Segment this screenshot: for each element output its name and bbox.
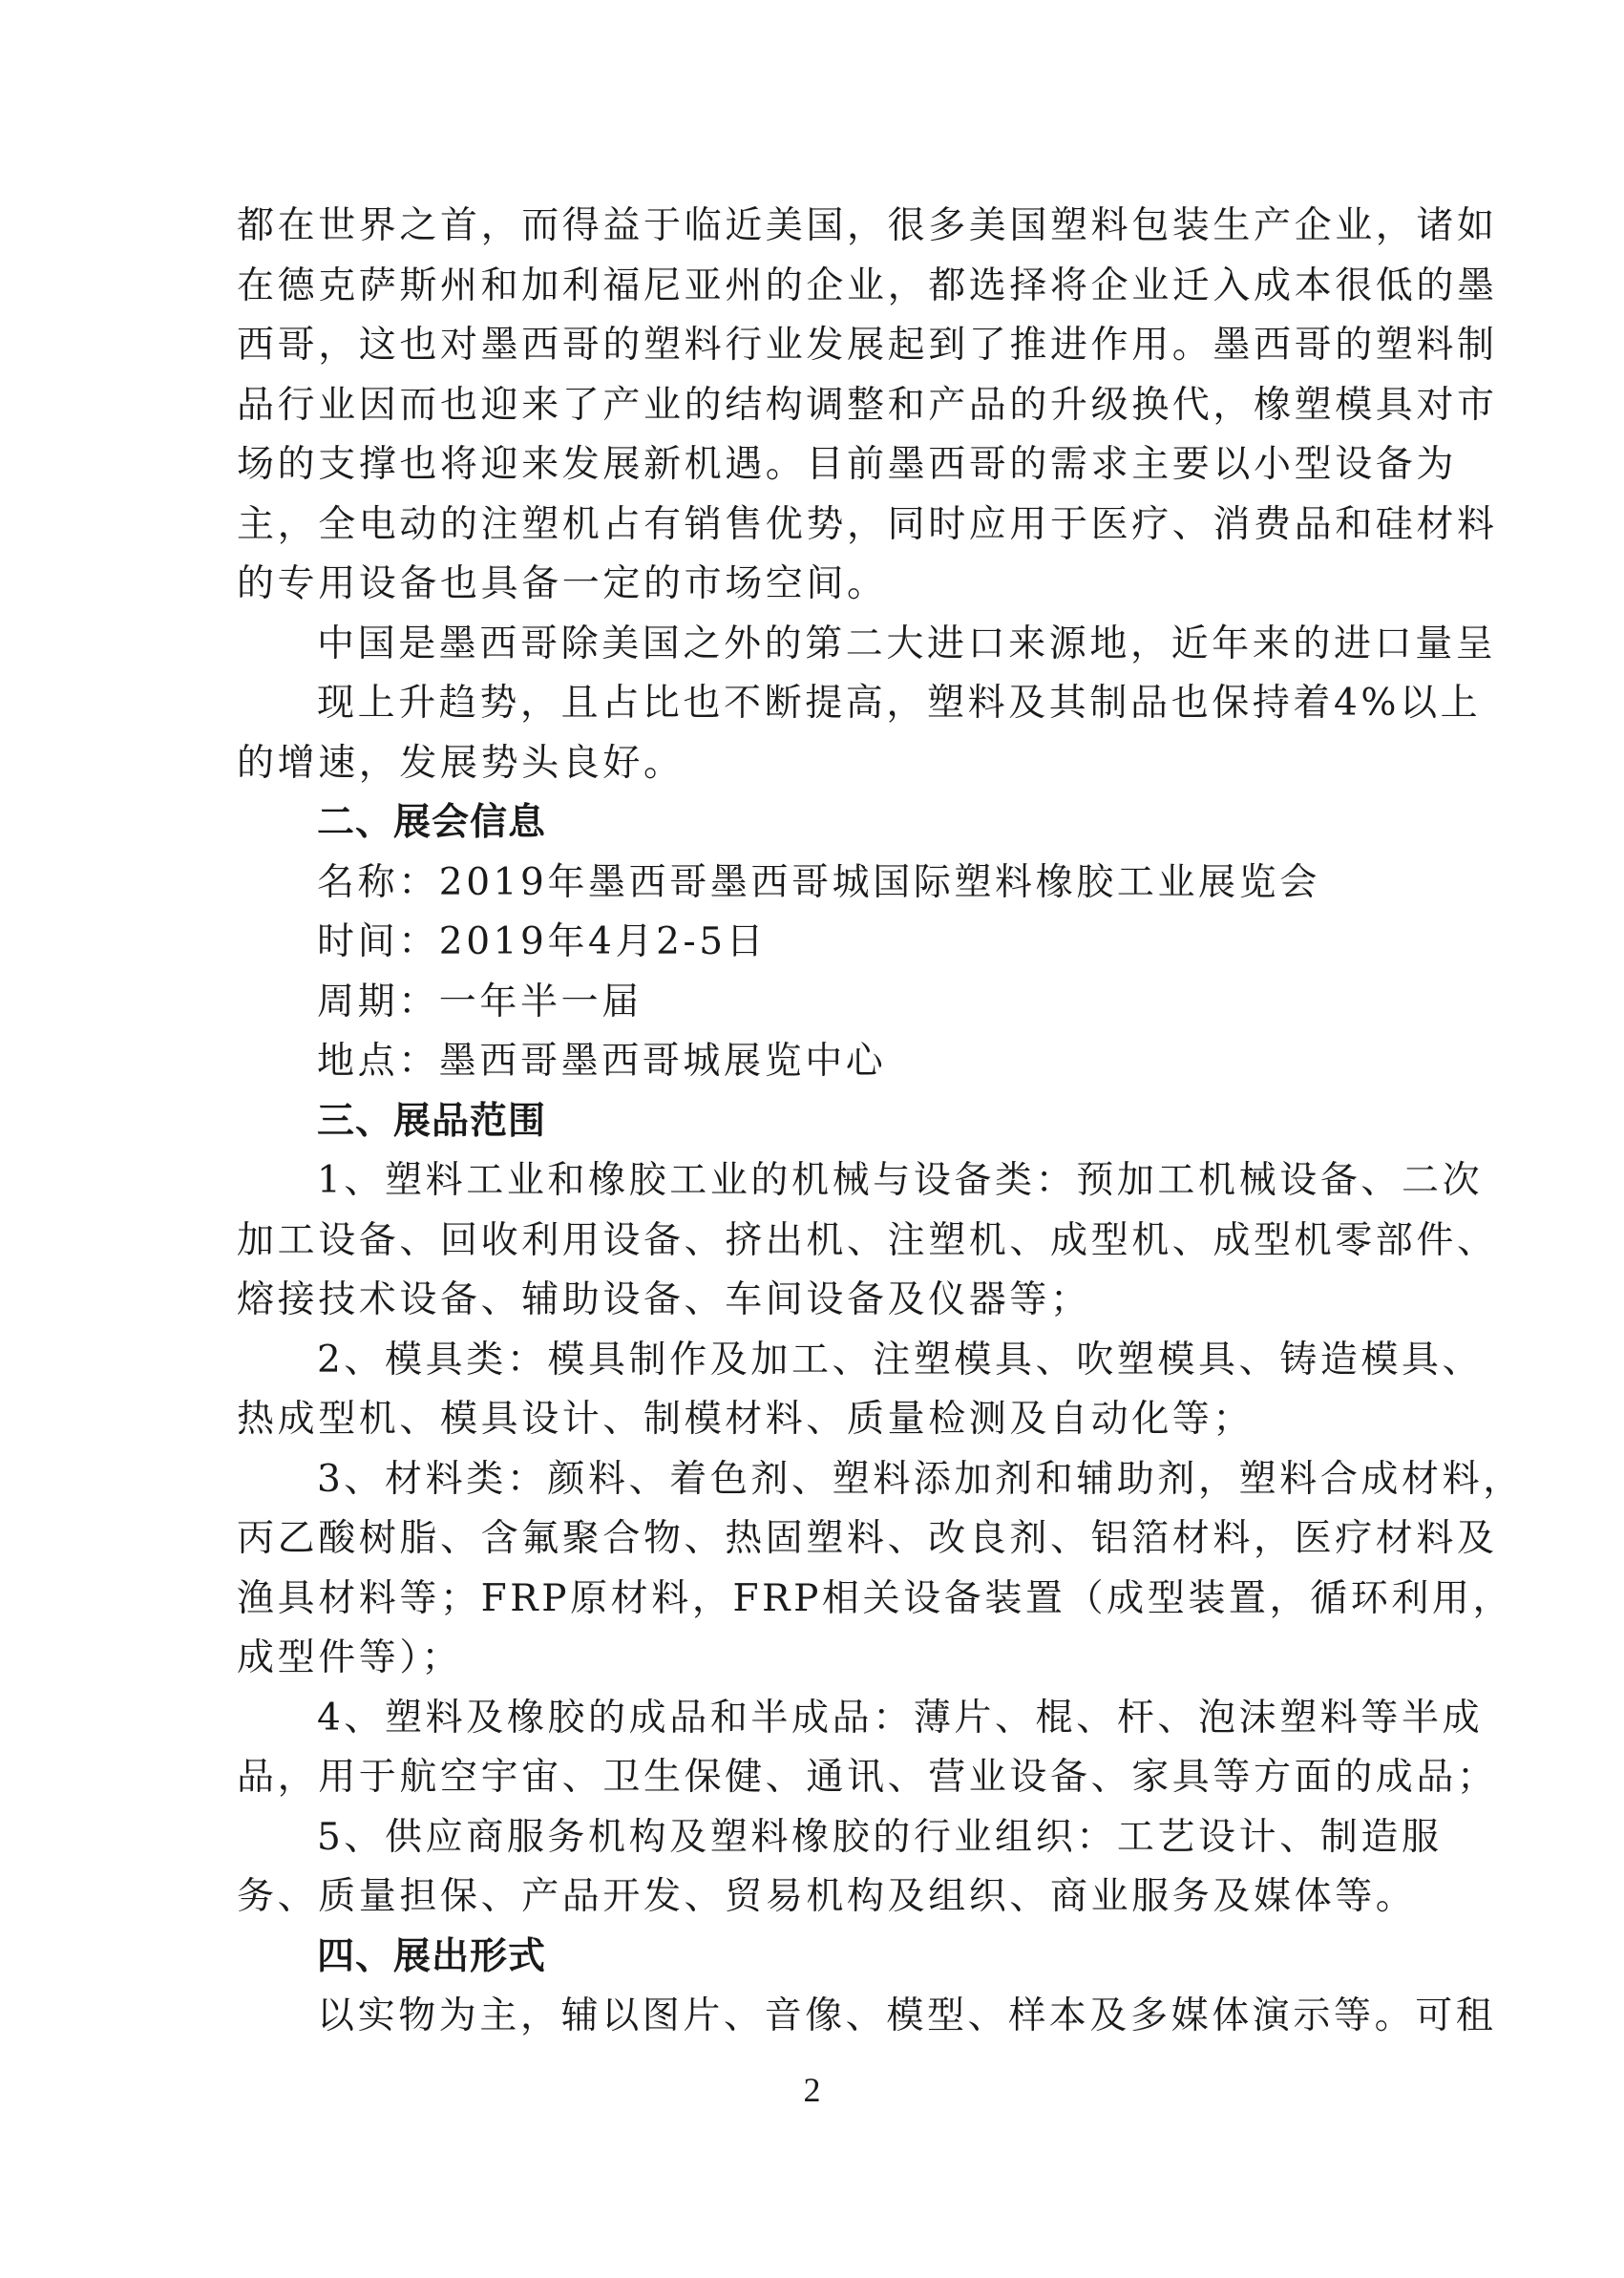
text-line: 在德克萨斯州和加利福尼亚州的企业，都选择将企业迁入成本很低的墨: [237, 257, 1424, 317]
section-heading: 四、展出形式: [237, 1928, 1424, 1988]
text-line: 中国是墨西哥除美国之外的第二大进口来源地，近年来的进口量呈: [237, 615, 1424, 675]
text-line: 2、模具类：模具制作及加工、注塑模具、吹塑模具、铸造模具、: [237, 1331, 1424, 1391]
text-line: 主，全电动的注塑机占有销售优势，同时应用于医疗、消费品和硅材料: [237, 496, 1424, 556]
section-exhibition-info: 二、展会信息 名称：2019年墨西哥墨西哥城国际塑料橡胶工业展览会 时间：201…: [237, 793, 1424, 1092]
text-line: 以实物为主，辅以图片、音像、模型、样本及多媒体演示等。可租: [237, 1987, 1424, 2047]
section-heading: 三、展品范围: [237, 1092, 1424, 1152]
scope-item-molds: 2、模具类：模具制作及加工、注塑模具、吹塑模具、铸造模具、 热成型机、模具设计、…: [237, 1331, 1424, 1450]
exhibition-cycle: 周期：一年半一届: [237, 973, 1424, 1033]
text-line: 丙乙酸树脂、含氟聚合物、热固塑料、改良剂、铝箔材料，医疗材料及: [237, 1509, 1424, 1570]
exhibition-location: 地点：墨西哥墨西哥城展览中心: [237, 1032, 1424, 1092]
scope-item-services: 5、供应商服务机构及塑料橡胶的行业组织：工艺设计、制造服 务、质量担保、产品开发…: [237, 1808, 1424, 1928]
text-line: 1、塑料工业和橡胶工业的机械与设备类：预加工机械设备、二次: [237, 1151, 1424, 1212]
text-line: 品，用于航空宇宙、卫生保健、通讯、营业设备、家具等方面的成品；: [237, 1748, 1424, 1808]
paragraph-china-imports: 中国是墨西哥除美国之外的第二大进口来源地，近年来的进口量呈 现上升趋势，且占比也…: [237, 615, 1424, 794]
text-line: 现上升趋势，且占比也不断提高，塑料及其制品也保持着4%以上: [237, 674, 1424, 734]
text-line: 西哥，这也对墨西哥的塑料行业发展起到了推进作用。墨西哥的塑料制: [237, 316, 1424, 376]
scope-item-products: 4、塑料及橡胶的成品和半成品：薄片、棍、杆、泡沫塑料等半成 品，用于航空宇宙、卫…: [237, 1689, 1424, 1808]
text-line: 品行业因而也迎来了产业的结构调整和产品的升级换代，橡塑模具对市: [237, 376, 1424, 436]
text-line: 热成型机、模具设计、制模材料、质量检测及自动化等；: [237, 1390, 1424, 1450]
section-exhibit-format: 四、展出形式 以实物为主，辅以图片、音像、模型、样本及多媒体演示等。可租: [237, 1928, 1424, 2047]
scope-item-materials: 3、材料类：颜料、着色剂、塑料添加剂和辅助剂，塑料合成材料， 丙乙酸树脂、含氟聚…: [237, 1450, 1424, 1689]
text-line: 渔具材料等；FRP原材料，FRP相关设备装置（成型装置，循环利用，: [237, 1570, 1424, 1630]
text-line: 都在世界之首，而得益于临近美国，很多美国塑料包装生产企业，诸如: [237, 197, 1424, 257]
scope-item-machinery: 1、塑料工业和橡胶工业的机械与设备类：预加工机械设备、二次 加工设备、回收利用设…: [237, 1151, 1424, 1331]
section-heading: 二、展会信息: [237, 793, 1424, 854]
text-line: 场的支撑也将迎来发展新机遇。目前墨西哥的需求主要以小型设备为: [237, 435, 1424, 496]
text-line: 3、材料类：颜料、着色剂、塑料添加剂和辅助剂，塑料合成材料，: [237, 1450, 1424, 1510]
text-line: 务、质量担保、产品开发、贸易机构及组织、商业服务及媒体等。: [237, 1867, 1424, 1928]
text-line: 成型件等）；: [237, 1629, 1424, 1689]
page-number: 2: [0, 2070, 1624, 2110]
text-line: 的专用设备也具备一定的市场空间。: [237, 555, 1424, 615]
text-line: 5、供应商服务机构及塑料橡胶的行业组织：工艺设计、制造服: [237, 1808, 1424, 1868]
paragraph-intro: 都在世界之首，而得益于临近美国，很多美国塑料包装生产企业，诸如 在德克萨斯州和加…: [237, 197, 1424, 615]
document-page: 都在世界之首，而得益于临近美国，很多美国塑料包装生产企业，诸如 在德克萨斯州和加…: [237, 197, 1424, 2047]
text-line: 4、塑料及橡胶的成品和半成品：薄片、棍、杆、泡沫塑料等半成: [237, 1689, 1424, 1749]
text-line: 熔接技术设备、辅助设备、车间设备及仪器等；: [237, 1271, 1424, 1331]
exhibition-name: 名称：2019年墨西哥墨西哥城国际塑料橡胶工业展览会: [237, 854, 1424, 914]
exhibition-time: 时间：2019年4月2-5日: [237, 913, 1424, 973]
section-exhibit-scope: 三、展品范围 1、塑料工业和橡胶工业的机械与设备类：预加工机械设备、二次 加工设…: [237, 1092, 1424, 1928]
text-line: 的增速，发展势头良好。: [237, 734, 1424, 794]
text-line: 加工设备、回收利用设备、挤出机、注塑机、成型机、成型机零部件、: [237, 1212, 1424, 1272]
